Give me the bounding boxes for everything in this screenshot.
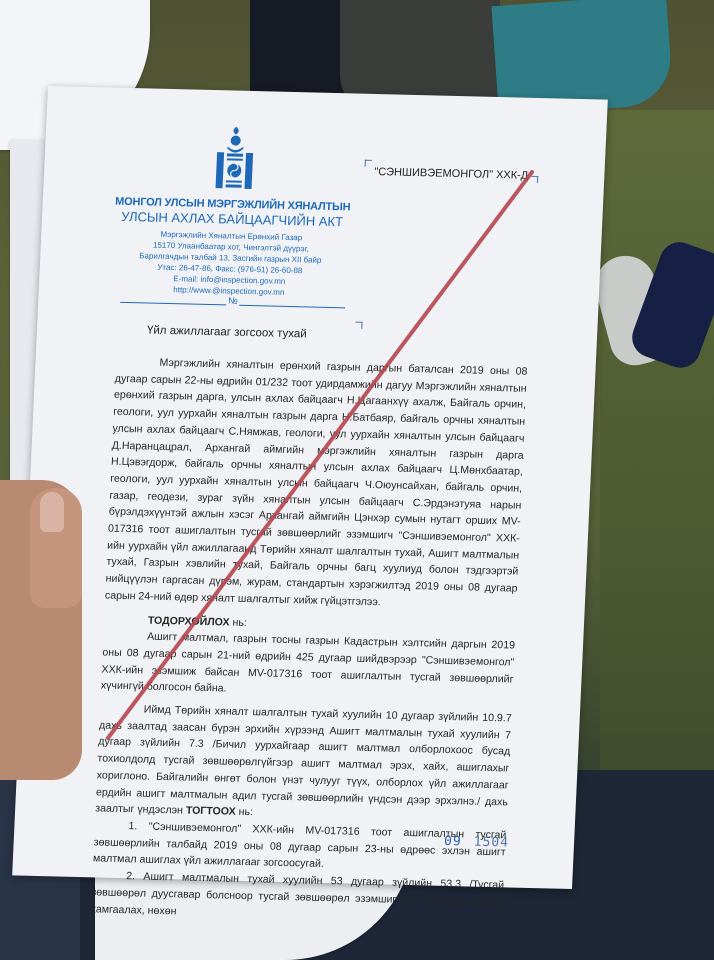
decision-heading: ТОГТООХ (186, 805, 236, 818)
thumbnail (40, 492, 64, 532)
findings-paragraph: Ашигт малтмал, газрын тосны газрын Кадас… (100, 628, 515, 705)
number-sign: № (226, 295, 240, 305)
decision-item: 2. Ашигт малтмалын тухай хуулийн 53 дуга… (90, 867, 504, 927)
inspection-act-document: МОНГОЛ УЛСЫН МЭРГЭЖЛИЙН ХЯНАЛТЫН УЛСЫН А… (12, 86, 608, 889)
org-address: Мэргэжлийн Хяналтын Ерөнхий Газар 15170 … (109, 228, 352, 300)
number-blank (240, 297, 346, 309)
serial-stamp: 091504 (444, 834, 510, 851)
findings-heading-text: ТОДОРХОЙЛОХ (148, 614, 230, 628)
stamp-number: 1504 (473, 835, 509, 851)
heading-suffix: нь: (229, 616, 247, 628)
address-corner-mark (355, 322, 362, 329)
legal-basis-paragraph: Иймд Төрийн хяналт шалгалтын тухай хуули… (95, 701, 512, 828)
soyombo-emblem-icon (213, 126, 256, 193)
recipient: "СЭНШИВЭЕМОНГОЛ" ХХК-Д (374, 166, 528, 182)
address-corner-mark (531, 176, 538, 183)
address-corner-mark (365, 160, 372, 167)
intro-paragraph: Мэргэжлийн хяналтын ерөнхий газрын даргы… (105, 354, 528, 614)
decision-suffix: нь: (235, 806, 253, 818)
letterhead: МОНГОЛ УЛСЫН МЭРГЭЖЛИЙН ХЯНАЛТЫН УЛСЫН А… (109, 124, 357, 300)
stamp-number: 09 (444, 834, 462, 849)
subject-line: Үйл ажиллагааг зогсоох тухай (147, 324, 307, 340)
background-grass (600, 110, 714, 830)
legal-basis-text: Иймд Төрийн хяналт шалгалтын тухай хуули… (95, 704, 512, 817)
date-blank (120, 294, 226, 306)
